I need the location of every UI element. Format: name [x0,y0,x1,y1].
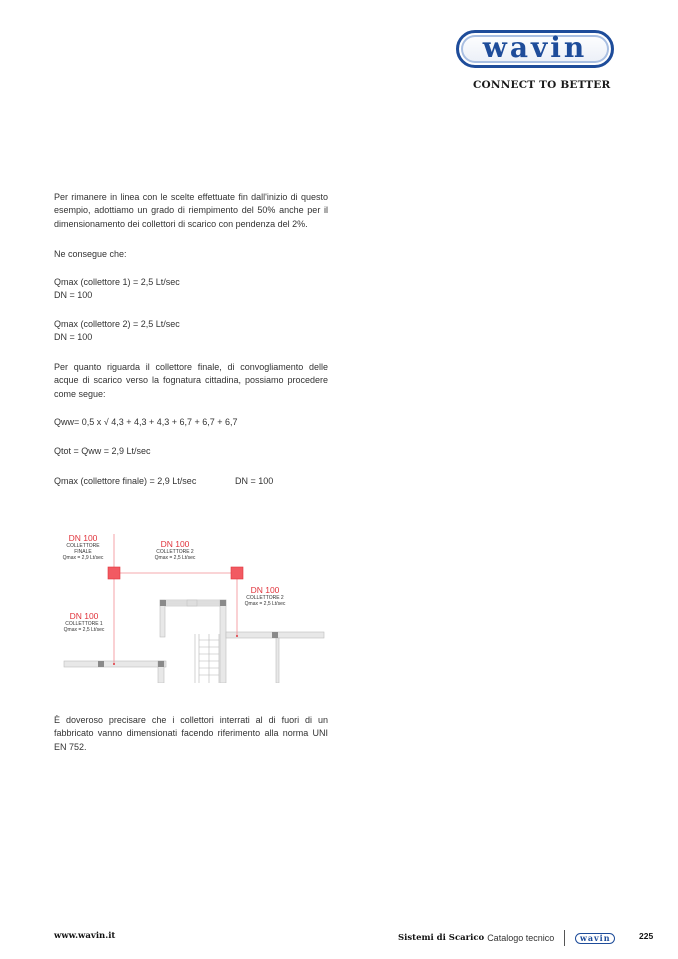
collettore-1-qmax: Qmax (collettore 1) = 2,5 Lt/sec [54,276,328,289]
intro-paragraph: Per rimanere in linea con le scelte effe… [54,191,328,231]
footer-website-link[interactable]: www.wavin.it [54,931,115,941]
tagline: CONNECT TO BETTER [473,79,610,91]
logo-wordmark: wavin [483,34,588,62]
collettore-finale-result: Qmax (collettore finale) = 2,9 Lt/sec DN… [54,475,354,488]
collettore-2-qmax: Qmax (collettore 2) = 2,5 Lt/sec [54,318,328,331]
collettore-1-dn: DN = 100 [54,289,328,302]
collettore-2-result: Qmax (collettore 2) = 2,5 Lt/sec DN = 10… [54,318,328,345]
footer-title-bold: Sistemi di Scarico [398,933,484,943]
collector-diagram: DN 100 COLLETTORE FINALE Qmax = 2,9 Lt/s… [52,528,328,683]
wavin-logo: wavin [456,30,618,68]
collettore-finale-paragraph: Per quanto riguarda il collettore finale… [54,361,328,401]
logo-pill: wavin [456,30,614,68]
closing-paragraph: È doveroso precisare che i collettori in… [54,714,328,754]
qtot-formula: Qtot = Qww = 2,9 Lt/sec [54,445,328,458]
footer-divider [564,930,565,946]
collettore-finale-qmax: Qmax (collettore finale) = 2,9 Lt/sec [54,476,196,486]
label-collettore-2-vertical: DN 100 COLLETTORE 2 Qmax = 2,5 Lt/sec [236,586,294,607]
label-collettore-finale: DN 100 COLLETTORE FINALE Qmax = 2,9 Lt/s… [54,534,112,562]
collettore-finale-dn: DN = 100 [235,475,273,488]
qww-formula: Qww= 0,5 x √ 4,3 + 4,3 + 4,3 + 6,7 + 6,7… [54,416,328,429]
collettore-1-result: Qmax (collettore 1) = 2,5 Lt/sec DN = 10… [54,276,328,303]
page-number: 225 [639,931,653,941]
label-collettore-2-horizontal: DN 100 COLLETTORE 2 Qmax = 2,5 Lt/sec [140,540,210,561]
collettore-2-dn: DN = 100 [54,331,328,344]
footer-wavin-logo: wavin [575,933,615,944]
consequence-label: Ne consegue che: [54,248,328,261]
footer-catalog-title: Sistemi di Scarico Catalogo tecnico wavi… [398,930,615,946]
label-collettore-1: DN 100 COLLETTORE 1 Qmax = 2,5 Lt/sec [56,612,112,633]
footer-title-rest: Catalogo tecnico [487,933,554,943]
